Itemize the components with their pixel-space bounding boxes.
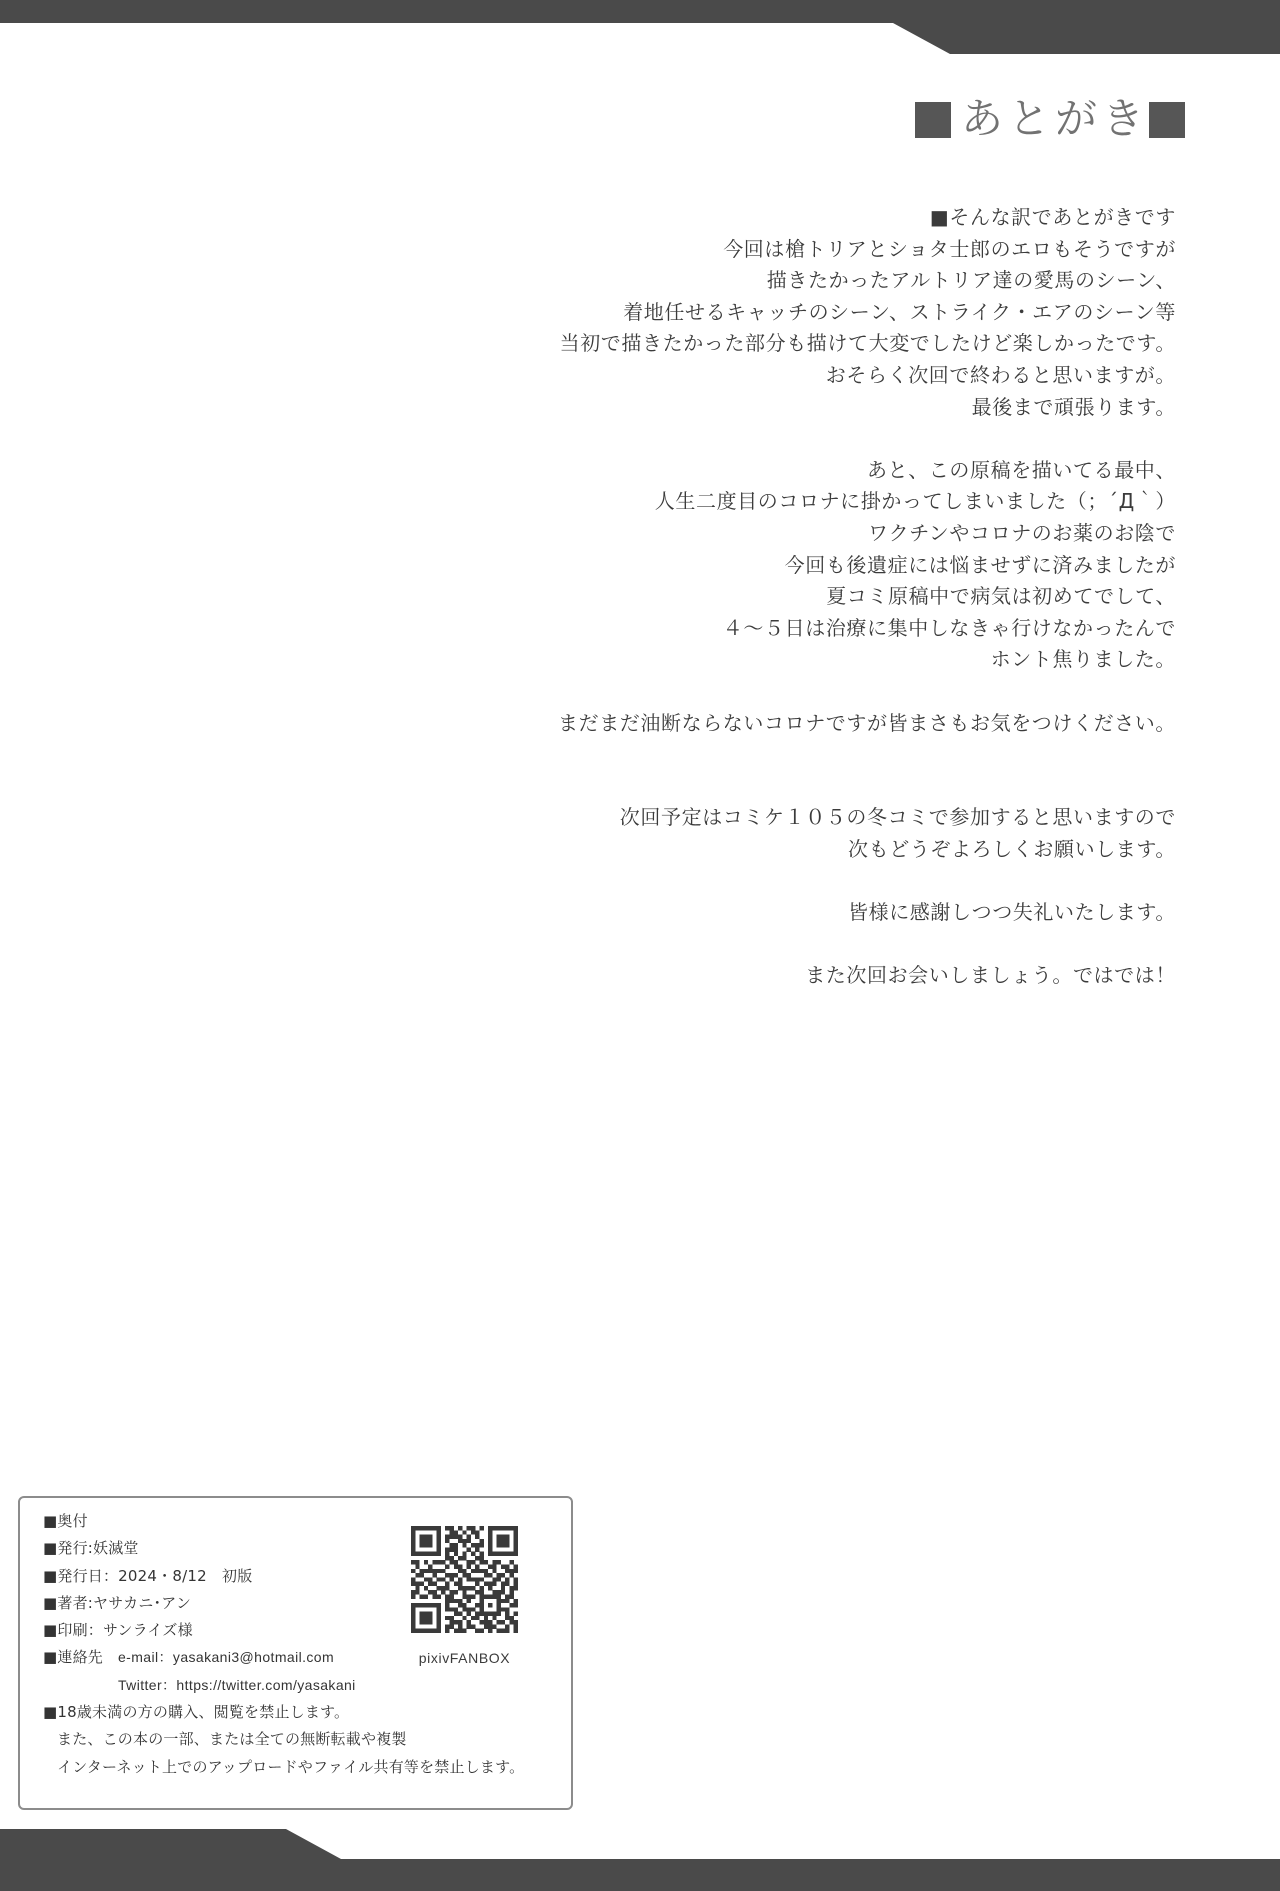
text-line: ■そんな訳であとがきです bbox=[0, 202, 1176, 234]
qr-code-icon bbox=[411, 1526, 518, 1633]
text-line: 夏コミ原稿中で病気は初めてでして、 bbox=[0, 581, 1176, 613]
colophon-twitter: Twitter：https://twitter.com/yasakani bbox=[43, 1672, 524, 1699]
top-header-bar bbox=[0, 0, 1280, 56]
contact-label: ■連絡先 bbox=[43, 1644, 118, 1671]
text-line: 次回予定はコミケ１０５の冬コミで参加すると思いますので bbox=[0, 802, 1176, 834]
paragraph: 次回予定はコミケ１０５の冬コミで参加すると思いますので 次もどうぞよろしくお願い… bbox=[0, 802, 1176, 865]
paragraph: まだまだ油断ならないコロナですが皆まさもお気をつけください。 bbox=[0, 708, 1176, 740]
text-line: ワクチンやコロナのお薬のお陰で bbox=[0, 518, 1176, 550]
text-line: 人生二度目のコロナに掛かってしまいました（；´Д｀） bbox=[0, 486, 1176, 518]
contact-email: e-mail：yasakani3@hotmail.com bbox=[118, 1649, 334, 1665]
bottom-footer-bar bbox=[0, 1826, 1280, 1891]
text-line: 最後まで頑張ります。 bbox=[0, 392, 1176, 424]
text-line: おそらく次回で終わると思いますが。 bbox=[0, 360, 1176, 392]
text-line: まだまだ油断ならないコロナですが皆まさもお気をつけください。 bbox=[0, 708, 1176, 740]
text-line: また次回お会いしましょう。ではでは！ bbox=[0, 960, 1176, 992]
text-line: 描きたかったアルトリア達の愛馬のシーン、 bbox=[0, 265, 1176, 297]
text-line: 今回も後遺症には悩ませずに済みましたが bbox=[0, 550, 1176, 582]
paragraph: また次回お会いしましょう。ではでは！ bbox=[0, 960, 1176, 992]
afterword-body: ■そんな訳であとがきです 今回は槍トリアとショタ士郎のエロもそうですが 描きたか… bbox=[0, 202, 1176, 992]
text-line: 今回は槍トリアとショタ士郎のエロもそうですが bbox=[0, 234, 1176, 266]
notice-line: インターネット上でのアップロードやファイル共有等を禁止します。 bbox=[43, 1754, 524, 1781]
square-bullet-icon bbox=[915, 102, 951, 138]
contact-twitter: Twitter：https://twitter.com/yasakani bbox=[118, 1677, 356, 1693]
paragraph: あと、この原稿を描いてる最中、 人生二度目のコロナに掛かってしまいました（；´Д… bbox=[0, 455, 1176, 676]
page-title-text: あとがき bbox=[961, 94, 1149, 144]
text-line: 皆様に感謝しつつ失礼いたします。 bbox=[0, 897, 1176, 929]
text-line: ４～５日は治療に集中しなきゃ行けなかったんで bbox=[0, 613, 1176, 645]
notice-line: また、この本の一部、または全ての無断転載や複製 bbox=[43, 1726, 524, 1753]
paragraph: ■そんな訳であとがきです 今回は槍トリアとショタ士郎のエロもそうですが 描きたか… bbox=[0, 202, 1176, 423]
notice-line: ■18歳未満の方の購入、閲覧を禁止します。 bbox=[43, 1699, 524, 1726]
qr-code-label: pixivFANBOX bbox=[405, 1645, 524, 1672]
paragraph: 皆様に感謝しつつ失礼いたします。 bbox=[0, 897, 1176, 929]
colophon-box: ■奥付 ■発行:妖滅堂 ■発行日：2024・8/12 初版 ■著者:ヤサカニ･ア… bbox=[18, 1496, 573, 1810]
text-line: 着地任せるキャッチのシーン、ストライク・エアのシーン等 bbox=[0, 297, 1176, 329]
text-line: ホント焦りました。 bbox=[0, 644, 1176, 676]
text-line: あと、この原稿を描いてる最中、 bbox=[0, 455, 1176, 487]
text-line: 当初で描きたかった部分も描けて大変でしたけど楽しかったです。 bbox=[0, 328, 1176, 360]
square-bullet-icon bbox=[1149, 102, 1185, 138]
text-line: 次もどうぞよろしくお願いします。 bbox=[0, 834, 1176, 866]
